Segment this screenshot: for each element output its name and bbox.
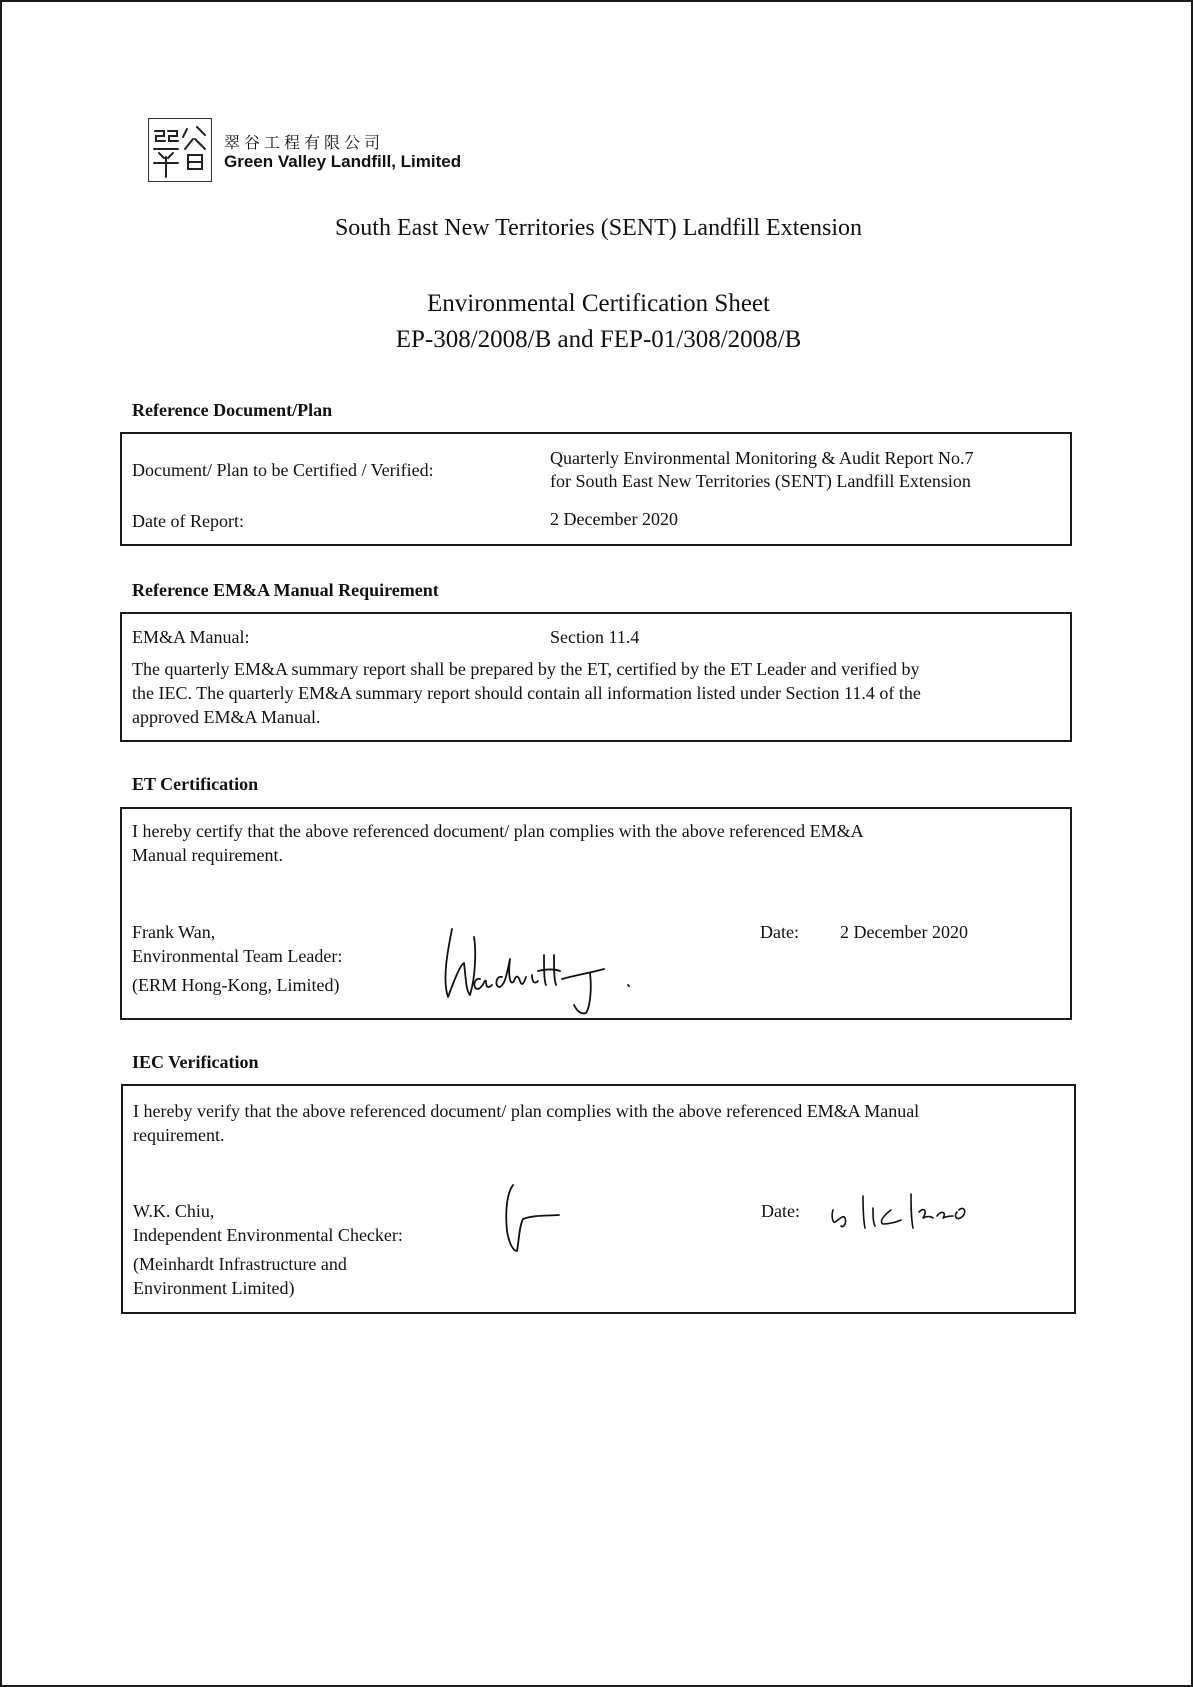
company-name-chinese: 翠谷工程有限公司 [224,130,384,153]
project-title: South East New Territories (SENT) Landfi… [2,215,1193,242]
document-page: 翠谷工程有限公司 Green Valley Landfill, Limited … [0,0,1193,1687]
company-name-english: Green Valley Landfill, Limited [224,152,461,172]
et-certification-box: I hereby certify that the above referenc… [120,807,1072,1020]
document-label: Document/ Plan to be Certified / Verifie… [132,458,434,482]
company-logo-icon [149,119,211,181]
iec-signatory-role: Independent Environmental Checker: [133,1223,403,1247]
manual-requirement-box: EM&A Manual: Section 11.4 The quarterly … [120,612,1072,742]
handwritten-signature-icon [440,919,640,1019]
reference-document-box: Document/ Plan to be Certified / Verifie… [120,432,1072,546]
et-date-label: Date: [760,920,799,944]
document-value-line-2: for South East New Territories (SENT) La… [550,469,971,493]
manual-description-line-2: the IEC. The quarterly EM&A summary repo… [132,681,921,705]
section-heading-iec-verification: IEC Verification [132,1052,259,1073]
et-statement-line-1: I hereby certify that the above referenc… [132,819,864,843]
manual-description-line-1: The quarterly EM&A summary report shall … [132,657,920,681]
sheet-title: Environmental Certification Sheet [2,290,1193,318]
et-statement-line-2: Manual requirement. [132,843,283,867]
date-of-report-label: Date of Report: [132,509,244,533]
manual-description-line-3: approved EM&A Manual. [132,705,320,729]
iec-verification-box: I hereby verify that the above reference… [121,1084,1076,1314]
date-of-report-value: 2 December 2020 [550,507,678,531]
section-heading-et-certification: ET Certification [132,774,258,795]
et-signatory-role: Environmental Team Leader: [132,944,342,968]
iec-signatory-organisation-line-1: (Meinhardt Infrastructure and [133,1252,347,1276]
document-value-line-1: Quarterly Environmental Monitoring & Aud… [550,446,973,470]
handwritten-signature-icon [503,1181,593,1271]
iec-signatory-organisation-line-2: Environment Limited) [133,1276,294,1300]
company-logo [148,118,212,182]
iec-signatory-name: W.K. Chiu, [133,1199,214,1223]
et-signatory-organisation: (ERM Hong-Kong, Limited) [132,973,339,997]
section-heading-reference-document: Reference Document/Plan [132,400,332,421]
et-signatory-name: Frank Wan, [132,920,215,944]
iec-date-label: Date: [761,1199,800,1223]
manual-label: EM&A Manual: [132,625,250,649]
handwritten-date-icon [829,1186,1009,1236]
iec-statement-line-1: I hereby verify that the above reference… [133,1099,919,1123]
iec-statement-line-2: requirement. [133,1123,224,1147]
manual-section-value: Section 11.4 [550,625,639,649]
permit-numbers: EP-308/2008/B and FEP-01/308/2008/B [2,326,1193,354]
section-heading-manual-requirement: Reference EM&A Manual Requirement [132,580,439,601]
et-date-value: 2 December 2020 [840,920,968,944]
